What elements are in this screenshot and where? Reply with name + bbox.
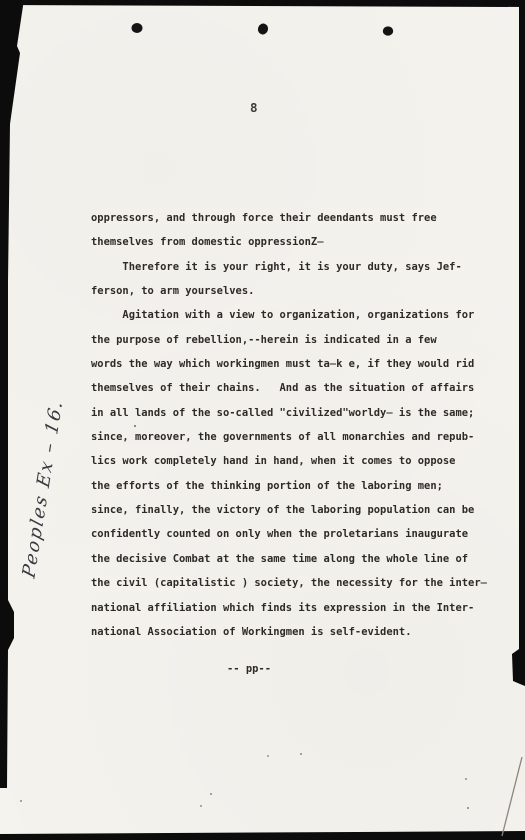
- handwritten-exhibit-note: Peoples Ex – 16.: [16, 377, 71, 600]
- typed-line: since, moreover, the governments of all …: [91, 425, 491, 449]
- typed-line: words the way which workingmen must ta̶k…: [91, 352, 491, 376]
- top-border: [0, 0, 525, 7]
- footer-mark: -- pp--: [227, 657, 271, 681]
- typed-line: oppressors, and through force their deen…: [91, 206, 491, 230]
- bottom-right-crease: [502, 757, 522, 836]
- typed-line: themselves from domestic oppressionZ̶: [91, 230, 491, 254]
- bottom-border: [0, 831, 525, 840]
- punch-hole-dot-3: [383, 26, 393, 35]
- typed-line: national Association of Workingmen is se…: [91, 620, 491, 644]
- paper-speck-cluster: [210, 793, 212, 795]
- typed-text-block: oppressors, and through force their deen…: [91, 206, 491, 644]
- typed-line: the purpose of rebellion,--herein is ind…: [91, 328, 491, 352]
- typed-line: ferson, to arm yourselves.: [91, 279, 491, 303]
- typed-line: the civil (capitalistic ) society, the n…: [91, 571, 491, 595]
- typed-line: Agitation with a view to organization, o…: [91, 303, 491, 327]
- typed-line: confidently counted on only when the pro…: [91, 522, 491, 546]
- scanned-page: 8 oppressors, and through force their de…: [0, 0, 525, 840]
- typed-line: in all lands of the so-called "civilized…: [91, 401, 491, 425]
- punch-hole-dot-1: [132, 23, 143, 33]
- typed-line: lics work completely hand in hand, when …: [91, 449, 491, 473]
- typed-line: the decisive Combat at the same time alo…: [91, 547, 491, 571]
- left-border: [0, 0, 24, 788]
- punch-hole-dot-2: [256, 22, 269, 36]
- typed-line: themselves of their chains. And as the s…: [91, 376, 491, 400]
- typed-line: national affiliation which finds its exp…: [91, 596, 491, 620]
- right-border: [512, 0, 525, 686]
- page-number: 8: [250, 100, 258, 115]
- typed-line: since, finally, the victory of the labor…: [91, 498, 491, 522]
- typed-line: the efforts of the thinking portion of t…: [91, 474, 491, 498]
- typed-line: Therefore it is your right, it is your d…: [91, 255, 491, 279]
